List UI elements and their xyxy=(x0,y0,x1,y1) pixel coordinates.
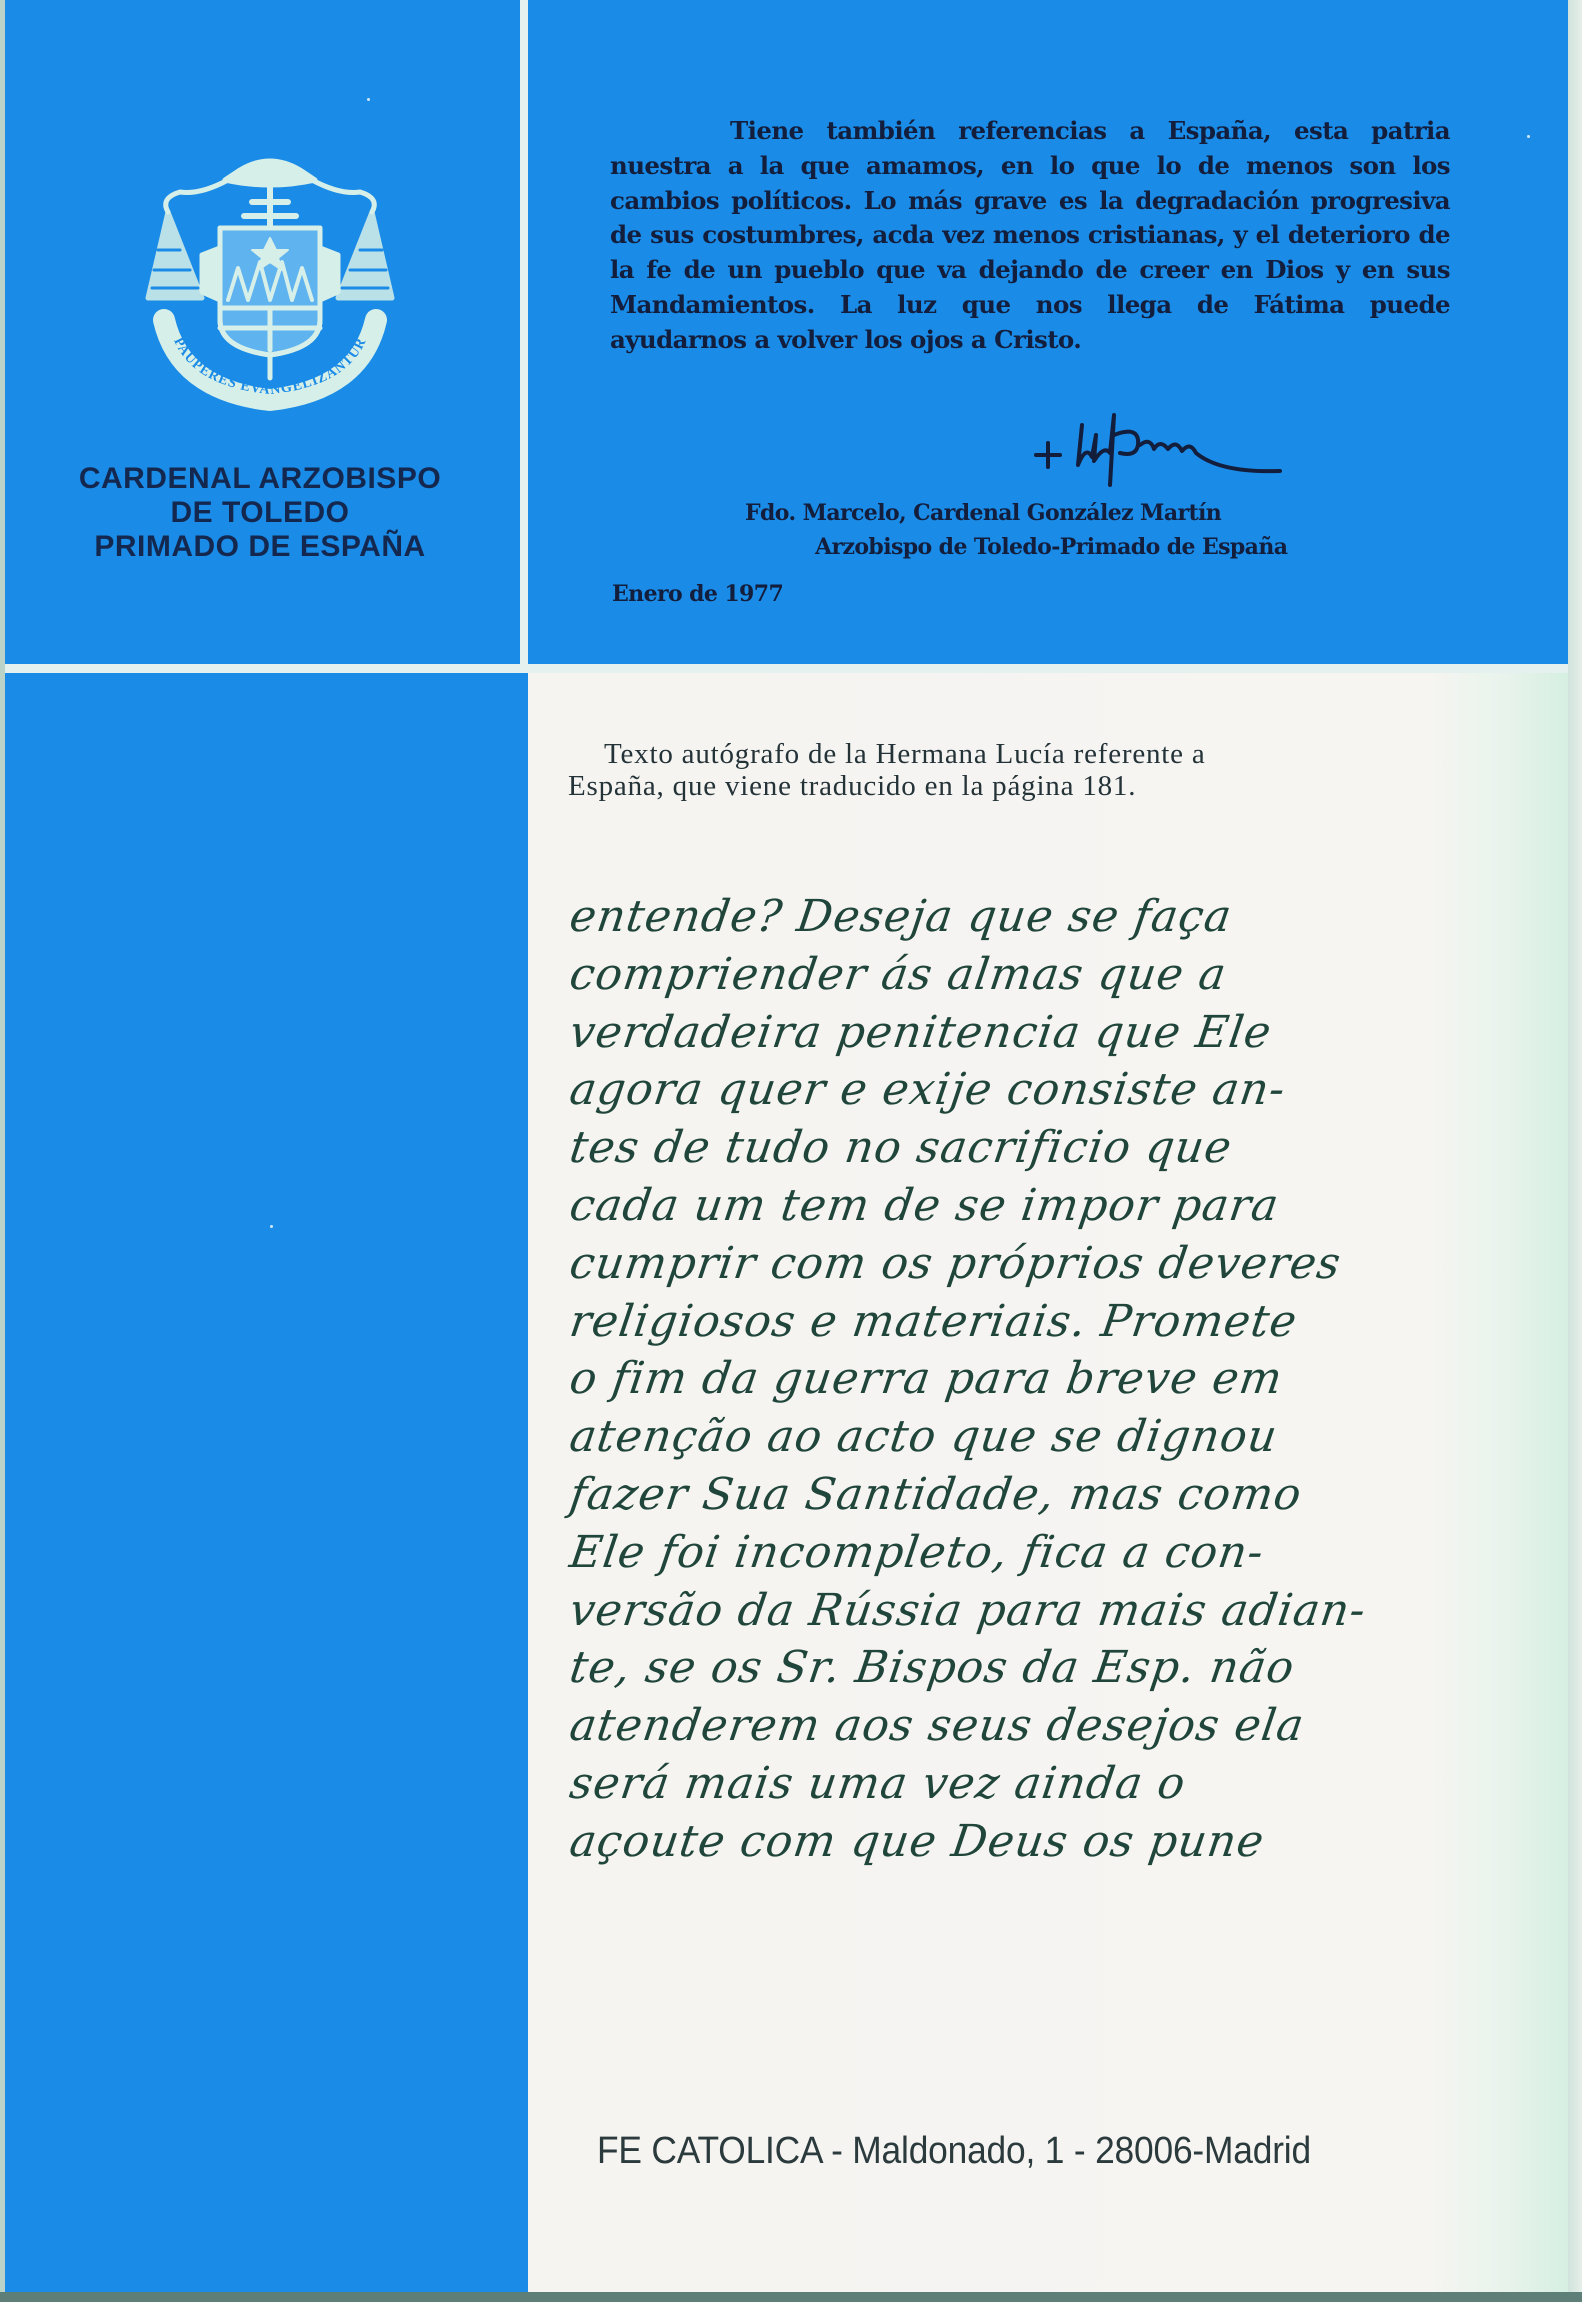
letter-date: Enero de 1977 xyxy=(612,581,783,607)
manuscript-caption: Texto autógrafo de la Hermana Lucía refe… xyxy=(568,738,1468,802)
manuscript-line: cada um tem de se impor para xyxy=(566,1177,1534,1235)
manuscript-line: atenderem aos seus desejos ela xyxy=(566,1697,1534,1755)
horizontal-divider xyxy=(5,664,1568,673)
handwritten-signature-icon xyxy=(1020,395,1340,505)
vertical-divider xyxy=(520,0,528,668)
title-line: DE TOLEDO xyxy=(40,496,480,530)
manuscript-line: o fim da guerra para breve em xyxy=(566,1350,1534,1408)
signer-name: Fdo. Marcelo, Cardenal González Martín xyxy=(745,500,1221,526)
cardinal-coat-of-arms-icon: PAUPERES EVANGELIZANTUR xyxy=(140,150,400,420)
manuscript-line: religiosos e materiais. Promete xyxy=(566,1293,1534,1351)
manuscript-line: tes de tudo no sacrificio que xyxy=(566,1119,1534,1177)
manuscript-line: Ele foi incompleto, fica a con- xyxy=(566,1524,1534,1582)
manuscript-line: te, se os Sr. Bispos da Esp. não xyxy=(566,1639,1534,1697)
manuscript-line: cumprir com os próprios deveres xyxy=(566,1235,1534,1293)
manuscript-line: compriender ás almas que a xyxy=(566,946,1534,1004)
manuscript-line: será mais uma vez ainda o xyxy=(566,1755,1534,1813)
signer-title: Arzobispo de Toledo-Primado de España xyxy=(815,534,1287,560)
print-speck xyxy=(1527,135,1530,138)
publisher-address: FE CATOLICA - Maldonado, 1 - 28006-Madri… xyxy=(597,2130,1490,2173)
caption-line: Texto autógrafo de la Hermana Lucía refe… xyxy=(568,738,1468,770)
manuscript-line: açoute com que Deus os pune xyxy=(566,1813,1534,1871)
manuscript-line: verdadeira penitencia que Ele xyxy=(566,1004,1534,1062)
title-line: CARDENAL ARZOBISPO xyxy=(40,462,480,496)
print-speck xyxy=(270,1225,273,1228)
manuscript-line: agora quer e exije consiste an- xyxy=(566,1061,1534,1119)
manuscript-line: entende? Deseja que se faça xyxy=(566,888,1534,946)
page-left-edge xyxy=(0,0,5,2302)
manuscript-line: atenção ao acto que se dignou xyxy=(566,1408,1534,1466)
page-bottom-edge xyxy=(0,2292,1582,2302)
title-line: PRIMADO DE ESPAÑA xyxy=(40,530,480,564)
print-speck xyxy=(367,98,370,101)
handwritten-letter: entende? Deseja que se faça compriender … xyxy=(566,888,1526,1871)
manuscript-line: fazer Sua Santidade, mas como xyxy=(566,1466,1534,1524)
foreword-paragraph: Tiene también referencias a España, esta… xyxy=(610,114,1450,358)
manuscript-line: versão da Rússia para mais adian- xyxy=(566,1582,1534,1640)
cardinal-title: CARDENAL ARZOBISPO DE TOLEDO PRIMADO DE … xyxy=(40,462,480,564)
caption-line: España, que viene traducido en la página… xyxy=(568,770,1468,802)
book-back-cover: PAUPERES EVANGELIZANTUR CARDENAL ARZOBIS… xyxy=(0,0,1582,2302)
page-right-edge xyxy=(1568,0,1582,2302)
